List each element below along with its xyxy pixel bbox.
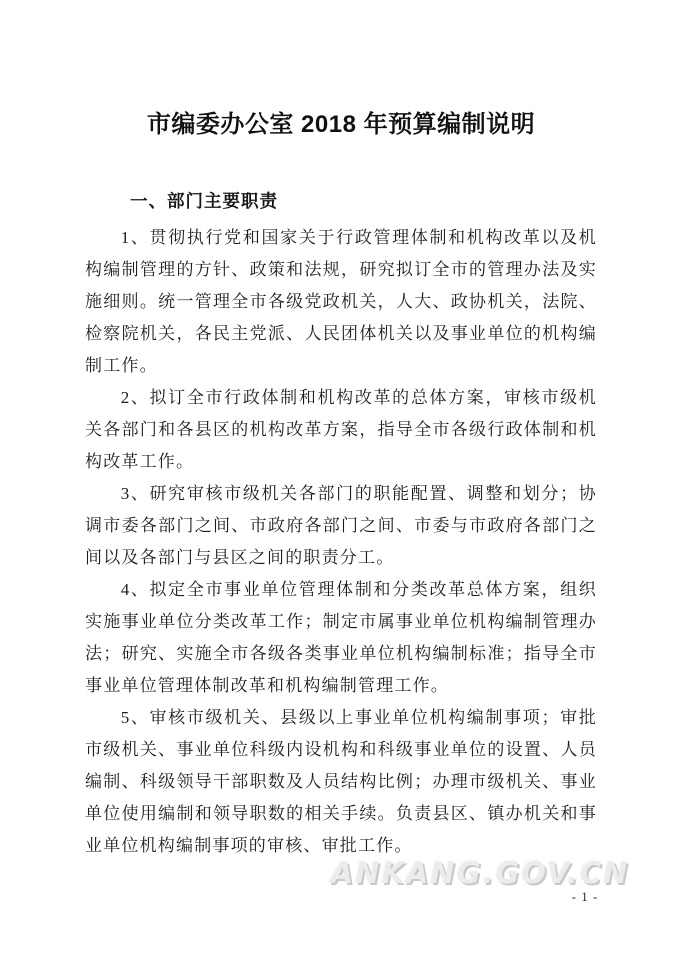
- document-page: 市编委办公室 2018 年预算编制说明 一、部门主要职责 1、贯彻执行党和国家关…: [0, 0, 680, 962]
- page-number: - 1 -: [560, 889, 610, 905]
- paragraph-duty-3: 3、研究审核市级机关各部门的职能配置、调整和划分；协调市委各部门之间、市政府各部…: [85, 478, 597, 574]
- paragraph-duty-5: 5、审核市级机关、县级以上事业单位机构编制事项；审批市级机关、事业单位科级内设机…: [85, 702, 597, 862]
- paragraph-duty-1: 1、贯彻执行党和国家关于行政管理体制和机构改革以及机构编制管理的方针、政策和法规…: [85, 222, 597, 382]
- section-heading: 一、部门主要职责: [85, 186, 597, 216]
- paragraph-duty-4: 4、拟定全市事业单位管理体制和分类改革总体方案，组织实施事业单位分类改革工作；制…: [85, 574, 597, 702]
- paragraph-duty-2: 2、拟订全市行政体制和机构改革的总体方案，审核市级机关各部门和各县区的机构改革方…: [85, 382, 597, 478]
- document-title: 市编委办公室 2018 年预算编制说明: [85, 108, 597, 142]
